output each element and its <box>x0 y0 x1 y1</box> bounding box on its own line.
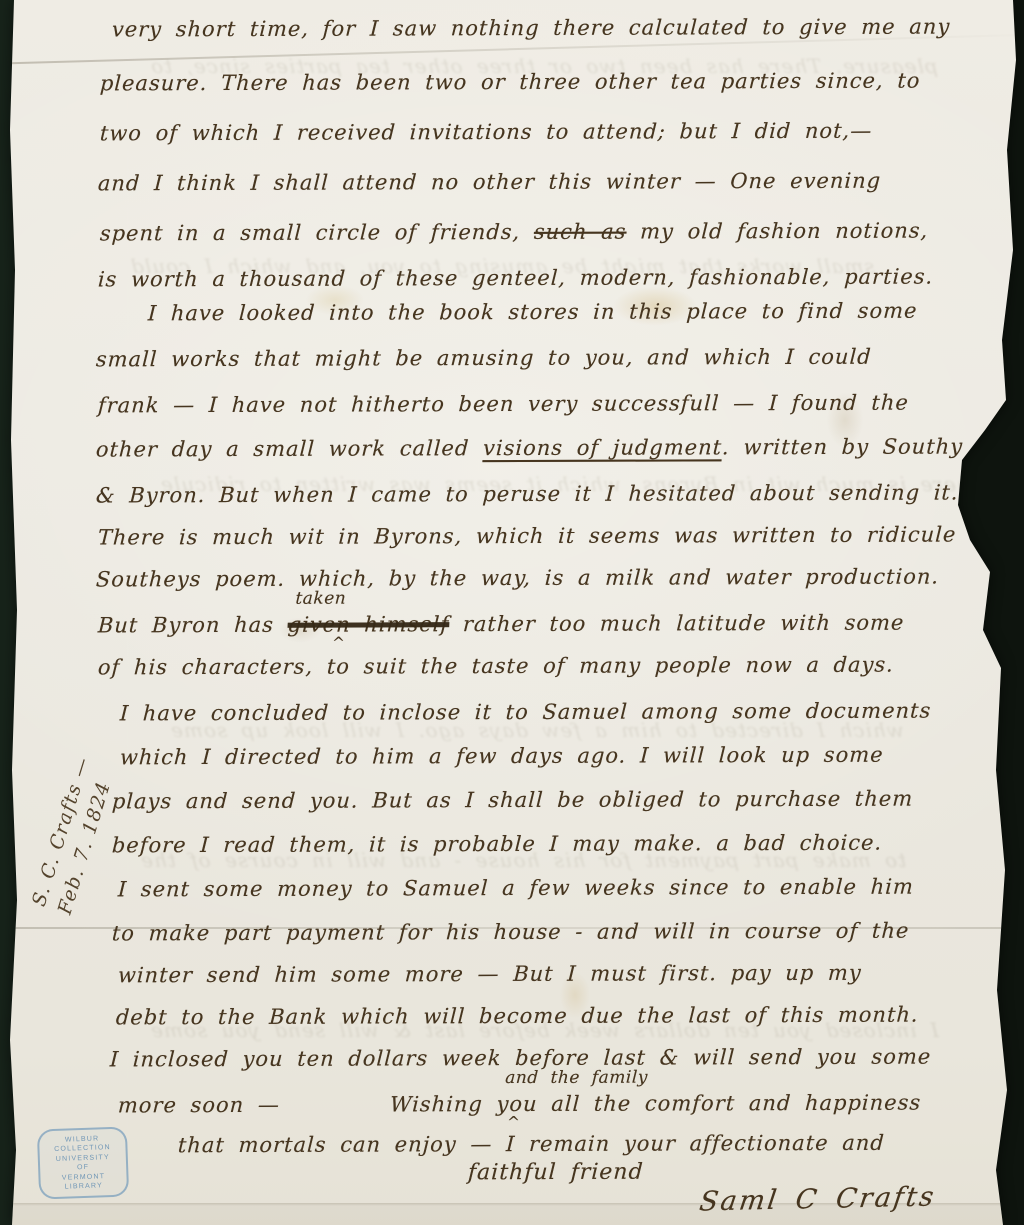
letter-line: is worth a thousand of these genteel, mo… <box>97 265 933 292</box>
letter-line: before I read them, it is probable I may… <box>111 831 882 858</box>
inserted-word-above: taken <box>295 589 347 609</box>
inserted-word-above: and the family <box>505 1068 649 1088</box>
letter-line: other day a small work called visions of… <box>95 434 963 461</box>
letter-line: of his characters, to suit the taste of … <box>97 653 894 680</box>
letter-line: spent in a small circle of friends, such… <box>99 219 929 246</box>
signature: Saml C Crafts <box>698 1182 939 1218</box>
letter-line: pleasure. There has been two or three ot… <box>99 69 921 96</box>
letter-page: pleasure. There has been two or three ot… <box>0 0 1024 1225</box>
insertion-caret: ^ <box>332 634 346 652</box>
letter-line: two of which I received invitations to a… <box>99 119 873 146</box>
scan-background: pleasure. There has been two or three ot… <box>0 0 1024 1225</box>
letter-line: and I think I shall attend no other this… <box>97 169 881 196</box>
letter-line: that mortals can enjoy — I remain your a… <box>177 1131 885 1157</box>
library-stamp: WILBURCOLLECTIONUNIVERSITYOFVERMONTLIBRA… <box>37 1126 129 1199</box>
stamp-text-line: OF <box>77 1163 89 1173</box>
letter-line: to make part payment for his house - and… <box>111 919 910 946</box>
letter-line: frank — I have not hitherto been very su… <box>97 391 909 418</box>
letter-line: debt to the Bank which will become due t… <box>115 1003 919 1030</box>
letter-line: I sent some money to Samuel a few weeks … <box>117 875 914 902</box>
letter-line: There is much wit in Byrons, which it se… <box>97 523 957 550</box>
letter-line: small works that might be amusing to you… <box>95 345 872 372</box>
letter-line: plays and send you. But as I shall be ob… <box>111 787 913 814</box>
letter-line: I have looked into the book stores in th… <box>147 299 918 326</box>
letter-line: more soon —Wishing youand the family^ al… <box>117 1091 922 1118</box>
stamp-text-line: LIBRARY <box>65 1181 104 1192</box>
letter-line: very short time, for I saw nothing there… <box>111 15 951 42</box>
insertion-caret: ^ <box>507 1113 521 1131</box>
archival-margin-note: S. C. Crafts — Feb. 7. 1824 <box>26 753 123 918</box>
letter-line: which I directed to him a few days ago. … <box>119 743 884 770</box>
letter-line: I have concluded to inclose it to Samuel… <box>119 699 932 726</box>
letter-line: faithful friend <box>467 1160 644 1186</box>
letter-line: winter send him some more — But I must f… <box>117 961 862 988</box>
letter-line: Southeys poem. which, by the way, is a m… <box>95 565 939 592</box>
letter-line: & Byron. But when I came to peruse it I … <box>95 480 959 507</box>
letter-line: But Byron has given himselftaken^ rather… <box>97 611 905 638</box>
